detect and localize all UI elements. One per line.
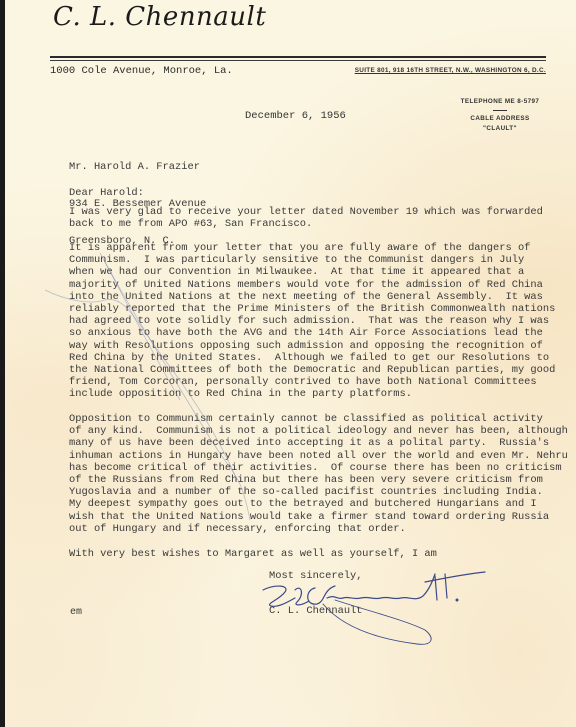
typist-initials: em	[70, 607, 82, 618]
paragraph-line: had agreed to vote solidly for such admi…	[69, 315, 555, 327]
paragraph-line: My deepest sympathy goes out to the betr…	[69, 498, 568, 510]
paragraph-2: It is apparent from your letter that you…	[69, 242, 555, 401]
closing-line: With very best wishes to Margaret as wel…	[69, 548, 437, 560]
paragraph-line: It is apparent from your letter that you…	[69, 242, 555, 254]
paragraph-line: way with Resolutions opposing such admis…	[69, 340, 555, 352]
paragraph-line: Red China by the United States. Although…	[69, 352, 555, 364]
cable-address: "CLAULT"	[445, 124, 555, 134]
telephone: TELEPHONE ME 8-5797	[445, 97, 555, 107]
paragraph-line: Communism. I was particularly sensitive …	[69, 254, 555, 266]
paragraph-line: the National Committees of both the Demo…	[69, 364, 555, 376]
paragraph-line: of any kind. Communism is not a politica…	[69, 425, 568, 437]
paragraph-line: Opposition to Communism certainly cannot…	[69, 413, 568, 425]
salutation: Dear Harold:	[69, 187, 144, 199]
paragraph-line: has become critical of their activities.…	[69, 462, 568, 474]
paragraph-line: majority of United Nations members would…	[69, 279, 555, 291]
paragraph-line: so anxious to have both the AVG and the …	[69, 327, 555, 339]
divider	[493, 110, 507, 111]
paragraph-1: I was very glad to receive your letter d…	[69, 206, 543, 230]
paragraph-line: when we had our Convention in Milwaukee.…	[69, 266, 555, 278]
typed-signature: C. L. Chennault	[269, 605, 363, 617]
recipient-line: Mr. Harold A. Frazier	[69, 161, 206, 173]
paragraph-line: Yugoslavia and a number of the so-called…	[69, 486, 568, 498]
paragraph-line: include opposition to Red China in the p…	[69, 388, 555, 400]
letterhead-rule-thin	[50, 60, 546, 61]
paragraph-3: Opposition to Communism certainly cannot…	[69, 413, 568, 535]
paragraph-line: back to me from APO #63, San Francisco.	[69, 218, 543, 230]
letter-date: December 6, 1956	[245, 110, 346, 122]
paragraph-line: into the United Nations at the next meet…	[69, 291, 555, 303]
valediction: Most sincerely,	[269, 570, 363, 582]
letterhead-rule	[50, 56, 546, 58]
paragraph-line: reliably reported that the Prime Ministe…	[69, 303, 555, 315]
cable-label: CABLE ADDRESS	[445, 114, 555, 124]
paragraph-line: of the Russians from Red China but there…	[69, 474, 568, 486]
letterhead-name: C. L. Chennault	[53, 2, 266, 32]
office-address: SUITE 801, 918 16TH STREET, N.W., WASHIN…	[301, 67, 546, 74]
paragraph-line: inhuman actions in Hungary have been not…	[69, 450, 568, 462]
paragraph-line: out of Hungary and if necessary, enforci…	[69, 523, 568, 535]
letter-page: C. L. Chennault 1000 Cole Avenue, Monroe…	[5, 0, 576, 727]
return-address: 1000 Cole Avenue, Monroe, La.	[50, 65, 233, 77]
paragraph-line: I was very glad to receive your letter d…	[69, 206, 543, 218]
contact-block: TELEPHONE ME 8-5797 CABLE ADDRESS "CLAUL…	[445, 97, 555, 134]
paragraph-line: many of us have been deceived into accep…	[69, 437, 568, 449]
paragraph-line: friend, Tom Corcoran, personally contriv…	[69, 376, 555, 388]
paragraph-line: wish that the United Nations would take …	[69, 511, 568, 523]
